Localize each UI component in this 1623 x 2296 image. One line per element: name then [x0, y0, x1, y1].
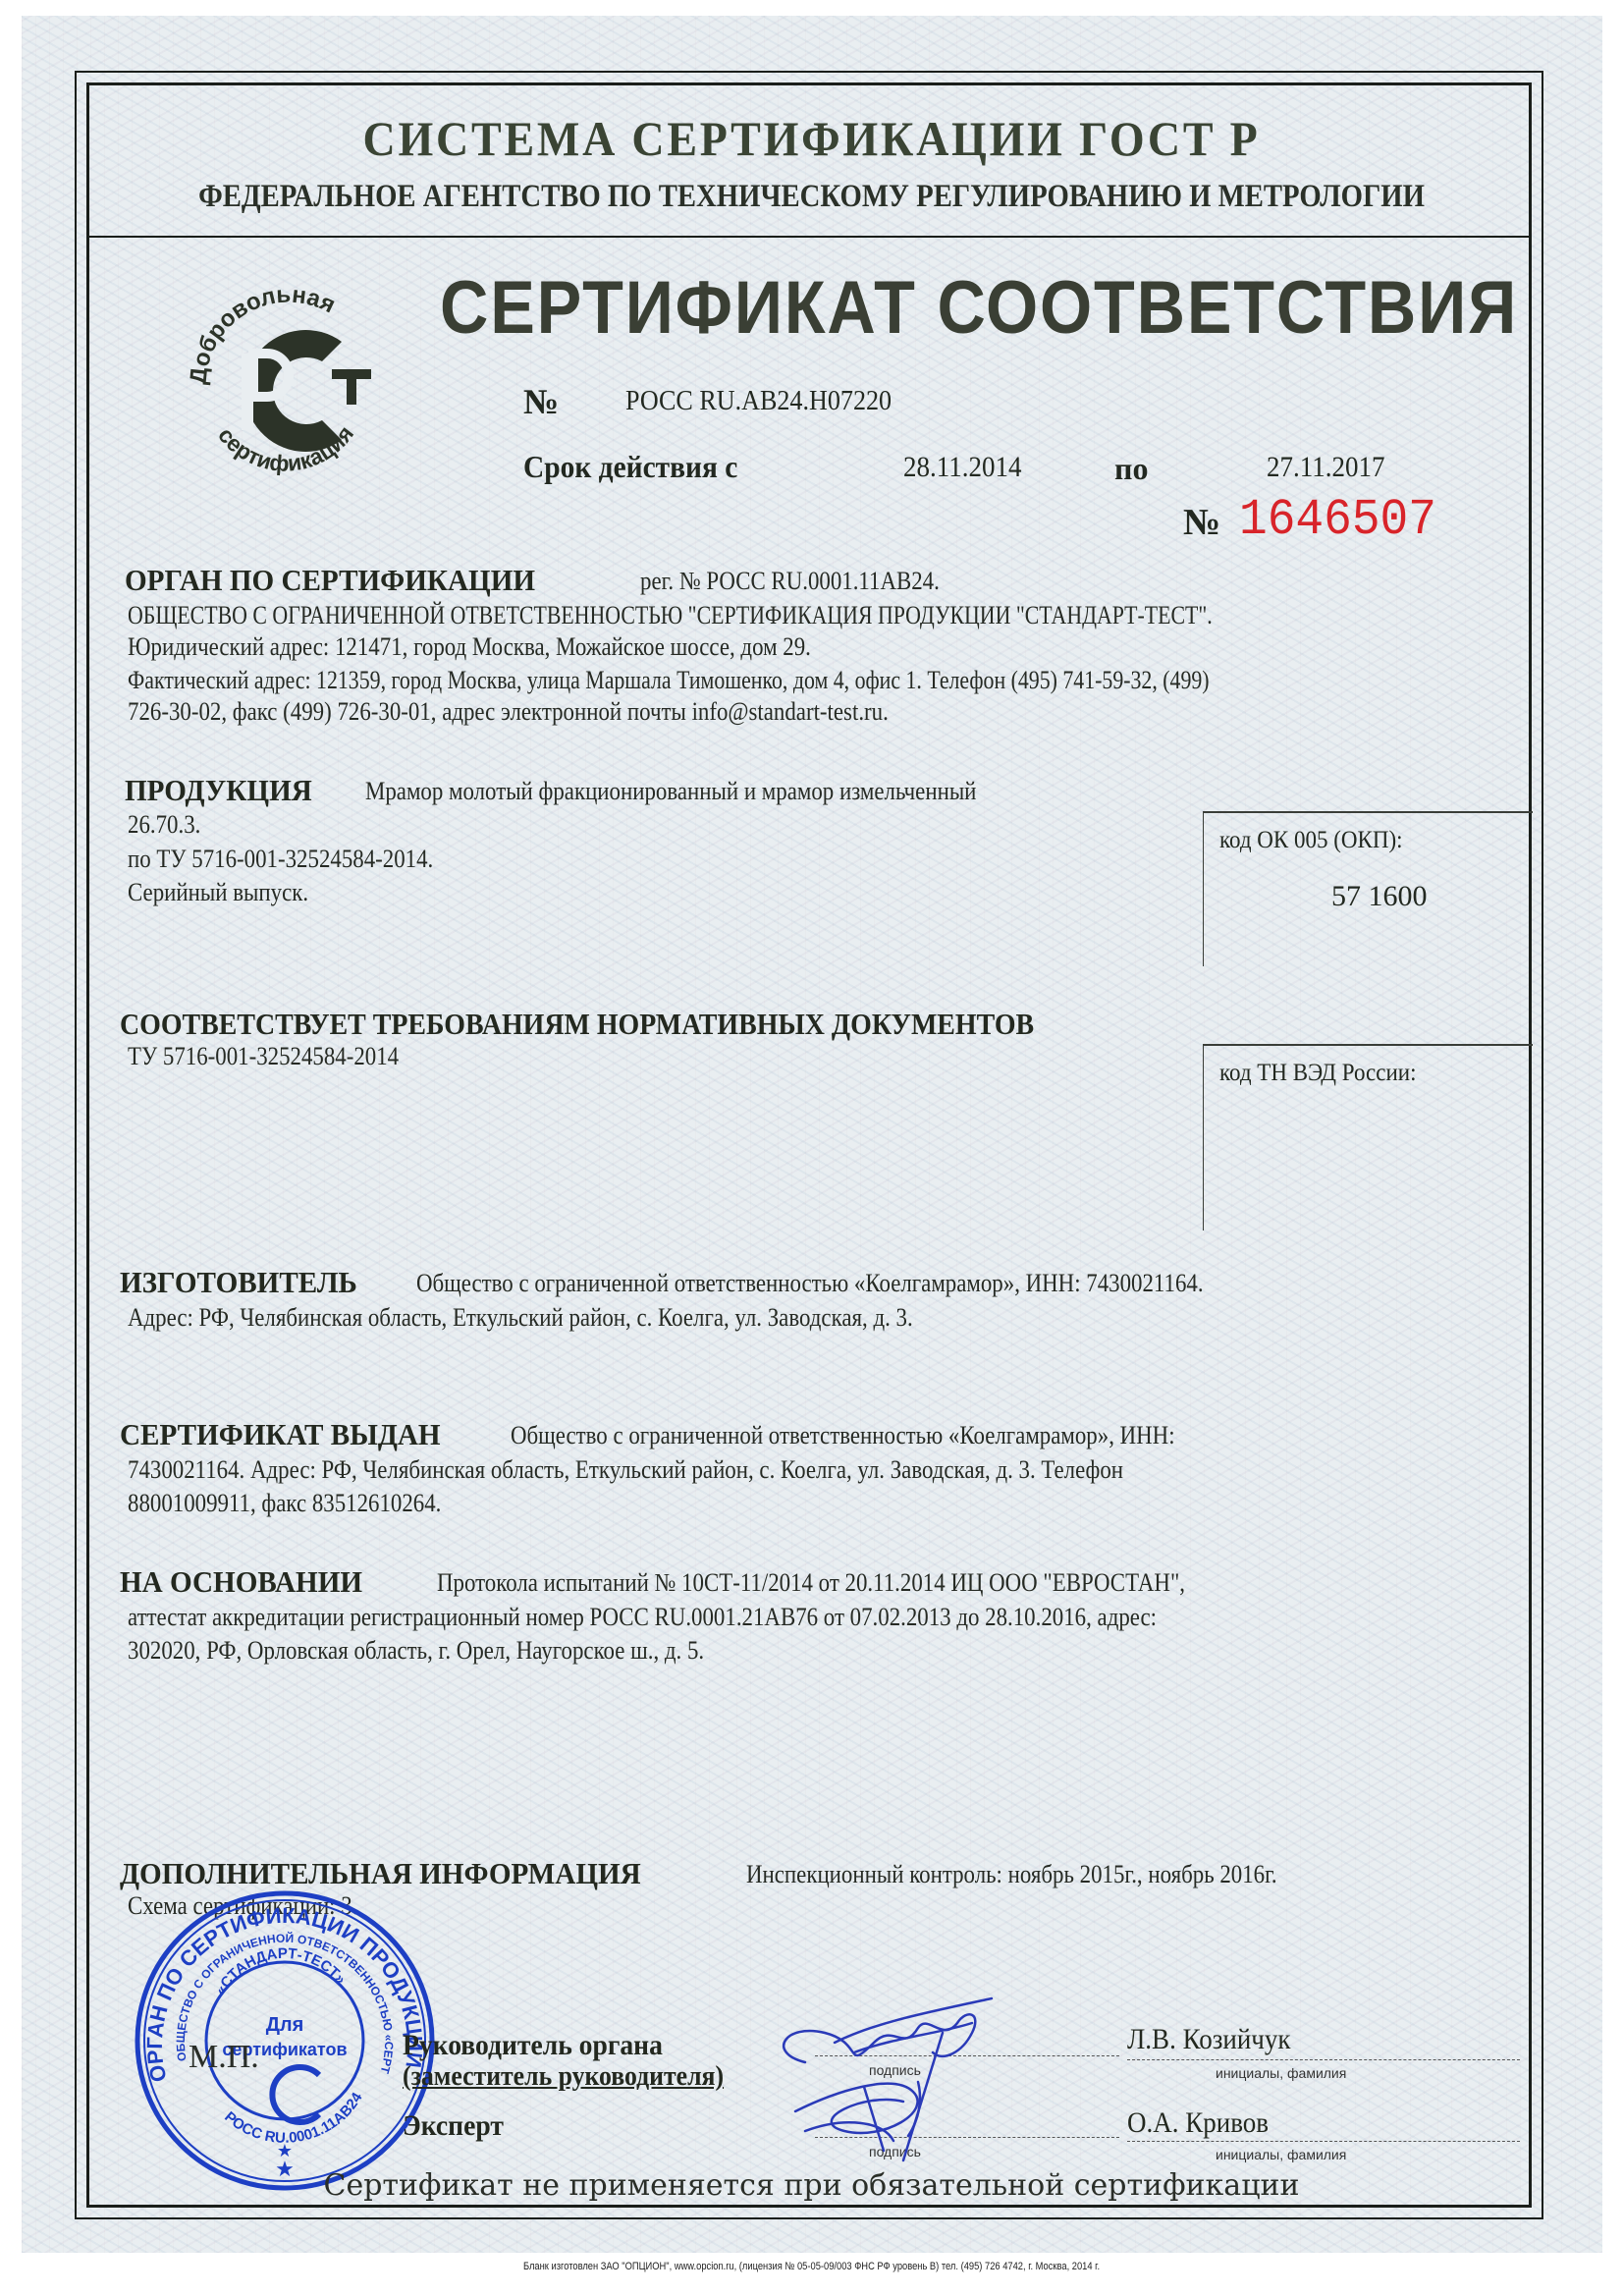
basis-accreditation: аттестат аккредитации регистрационный но… — [128, 1603, 1157, 1632]
svg-text:Для: Для — [266, 2014, 304, 2036]
okp-code-value: 57 1600 — [1331, 880, 1428, 913]
expert-name-line — [1127, 2141, 1520, 2143]
manufacturer-address: Адрес: РФ, Челябинская область, Еткульск… — [128, 1303, 913, 1333]
head-name-caption: инициалы, фамилия — [1216, 2065, 1346, 2081]
conformity-heading: СООТВЕТСТВУЕТ ТРЕБОВАНИЯМ НОРМАТИВНЫХ ДО… — [120, 1007, 1034, 1042]
head-name: Л.В. Козийчук — [1127, 2023, 1291, 2056]
certification-body-actual-address: Фактический адрес: 121359, город Москва,… — [128, 666, 1210, 695]
certification-body-contacts: 726-30-02, факс (499) 726-30-01, адрес э… — [128, 697, 889, 727]
blank-serial-number: 1646507 — [1239, 491, 1436, 549]
okp-code-box: код ОК 005 (ОКП): 57 1600 — [1203, 811, 1533, 966]
basis-heading: НА ОСНОВАНИИ — [120, 1564, 362, 1600]
expert-signature-line — [815, 2137, 1119, 2139]
product-code: 26.70.3. — [128, 810, 200, 840]
basis-protocol: Протокола испытаний № 10СТ-11/2014 от 20… — [437, 1568, 1185, 1598]
manufacturer-name: Общество с ограниченной ответственностью… — [416, 1269, 1204, 1298]
printer-note: Бланк изготовлен ЗАО "ОПЦИОН", www.opcio… — [122, 2261, 1501, 2272]
product-release-type: Серийный выпуск. — [128, 878, 308, 907]
expert-role-label: Эксперт — [403, 2109, 504, 2143]
certification-body-name: ОБЩЕСТВО С ОГРАНИЧЕННОЙ ОТВЕТСТВЕННОСТЬЮ… — [128, 601, 1213, 630]
product-spec: по ТУ 5716-001-32524584-2014. — [128, 845, 433, 874]
manufacturer-heading: ИЗГОТОВИТЕЛЬ — [120, 1265, 357, 1300]
product-heading: ПРОДУКЦИЯ — [125, 773, 312, 808]
rst-voluntary-certification-logo-icon: Добровольная сертификация — [185, 273, 391, 489]
head-role-label: Руководитель органа — [403, 2029, 663, 2062]
deputy-role-label: (заместитель руководителя) — [403, 2061, 724, 2093]
certification-body-legal-address: Юридический адрес: 121471, город Москва,… — [128, 632, 811, 662]
certificate-title: СЕРТИФИКАТ СООТВЕТСТВИЯ — [440, 265, 1518, 351]
expert-name: О.А. Кривов — [1127, 2106, 1269, 2140]
valid-from-date: 28.11.2014 — [903, 451, 1022, 484]
agency-title: ФЕДЕРАЛЬНОЕ АГЕНТСТВО ПО ТЕХНИЧЕСКОМУ РЕ… — [105, 179, 1517, 215]
official-stamp-icon: ОРГАН ПО СЕРТИФИКАЦИИ ПРОДУКЦИИ ОБЩЕСТВО… — [128, 1884, 442, 2198]
head-signature-line — [815, 2055, 1119, 2057]
inspection-control: Инспекционный контроль: ноябрь 2015г., н… — [746, 1860, 1277, 1889]
certification-body-reg-number: рег. № РОСС RU.0001.11АВ24. — [640, 567, 940, 596]
issued-to-heading: СЕРТИФИКАТ ВЫДАН — [120, 1417, 441, 1452]
disclaimer-text: Сертификат не применяется при обязательн… — [0, 2168, 1623, 2203]
seal-placement-label: М.П. — [189, 2039, 259, 2076]
number-sign: № — [523, 381, 559, 422]
expert-name-caption: инициалы, фамилия — [1216, 2147, 1346, 2162]
expert-signature-caption: подпись — [869, 2144, 921, 2159]
issued-to-contacts: 88001009911, факс 83512610264. — [128, 1489, 441, 1518]
tnved-code-box: код ТН ВЭД России: — [1203, 1044, 1533, 1230]
valid-to-label: по — [1114, 451, 1148, 487]
blank-number-sign: № — [1183, 501, 1220, 544]
certificate-number: РОСС RU.АВ24.Н07220 — [625, 385, 892, 417]
okp-code-label: код ОК 005 (ОКП): — [1219, 827, 1403, 854]
certification-body-heading: ОРГАН ПО СЕРТИФИКАЦИИ — [125, 563, 535, 598]
valid-to-date: 27.11.2017 — [1267, 451, 1385, 484]
header-separator — [86, 236, 1532, 238]
conformity-document: ТУ 5716-001-32524584-2014 — [128, 1042, 399, 1071]
issued-to-address: 7430021164. Адрес: РФ, Челябинская облас… — [128, 1455, 1123, 1485]
system-title: СИСТЕМА СЕРТИФИКАЦИИ ГОСТ Р — [65, 110, 1558, 167]
product-name: Мрамор молотый фракционированный и мрамо… — [365, 777, 976, 806]
tnved-code-label: код ТН ВЭД России: — [1219, 1060, 1416, 1087]
issued-to-name: Общество с ограниченной ответственностью… — [511, 1421, 1175, 1450]
head-name-line — [1127, 2059, 1520, 2061]
validity-label: Срок действия с — [523, 449, 737, 485]
head-signature-caption: подпись — [869, 2062, 921, 2078]
svg-text:★: ★ — [277, 2141, 293, 2160]
basis-lab-address: 302020, РФ, Орловская область, г. Орел, … — [128, 1636, 704, 1666]
